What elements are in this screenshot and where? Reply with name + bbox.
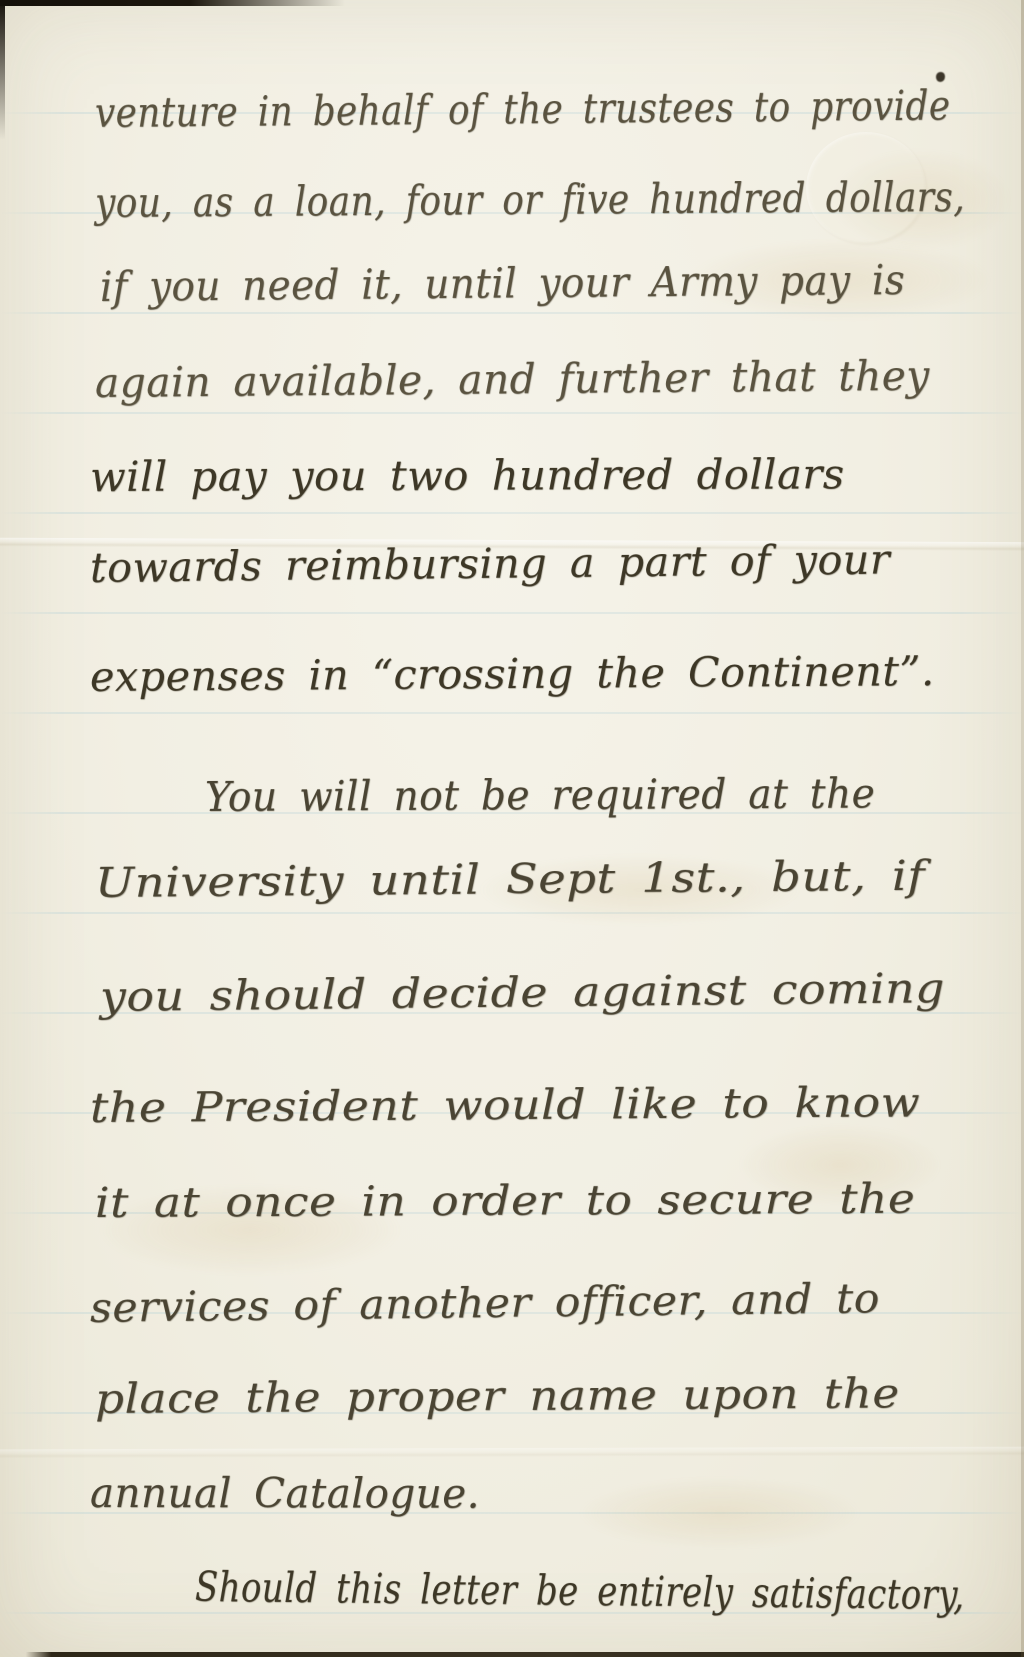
handwritten-line: expenses in “crossing the Continent”.	[90, 646, 935, 703]
ruled-line	[0, 712, 1024, 714]
handwritten-line: annual Catalogue.	[90, 1468, 480, 1520]
handwritten-line: services of another officer, and to	[90, 1273, 881, 1334]
scan-edge-top	[0, 0, 345, 6]
handwritten-line: if you need it, until your Army pay is	[100, 255, 906, 313]
handwritten-line: you should decide against coming	[100, 963, 945, 1023]
handwritten-line: place the proper name upon the	[95, 1368, 900, 1425]
scan-edge-bottom	[0, 1652, 1024, 1657]
handwritten-line: towards reimbursing a part of your	[90, 535, 891, 595]
ruled-line	[0, 612, 1024, 614]
handwritten-line: Should this letter be entirely satisfact…	[195, 1562, 965, 1621]
scan-edge-left	[0, 0, 5, 140]
handwritten-line: again available, and further that they	[95, 351, 930, 410]
ruled-line	[0, 412, 1024, 414]
paper-crease	[0, 1447, 1024, 1459]
handwritten-line: it at once in order to secure the	[95, 1174, 916, 1230]
handwritten-line: You will not be required at the	[205, 768, 876, 823]
ruled-line	[0, 512, 1024, 514]
handwritten-line: you, as a loan, four or five hundred dol…	[95, 172, 965, 229]
handwritten-line: will pay you two hundred dollars	[90, 449, 845, 503]
ruled-line	[0, 912, 1024, 914]
handwritten-line: the President would like to know	[90, 1077, 921, 1134]
letter-page: venture in behalf of the trustees to pro…	[0, 0, 1024, 1657]
handwritten-line: venture in behalf of the trustees to pro…	[95, 81, 951, 140]
paper-stain	[580, 1478, 860, 1548]
handwritten-line: University until Sept 1st., but, if	[95, 851, 925, 909]
